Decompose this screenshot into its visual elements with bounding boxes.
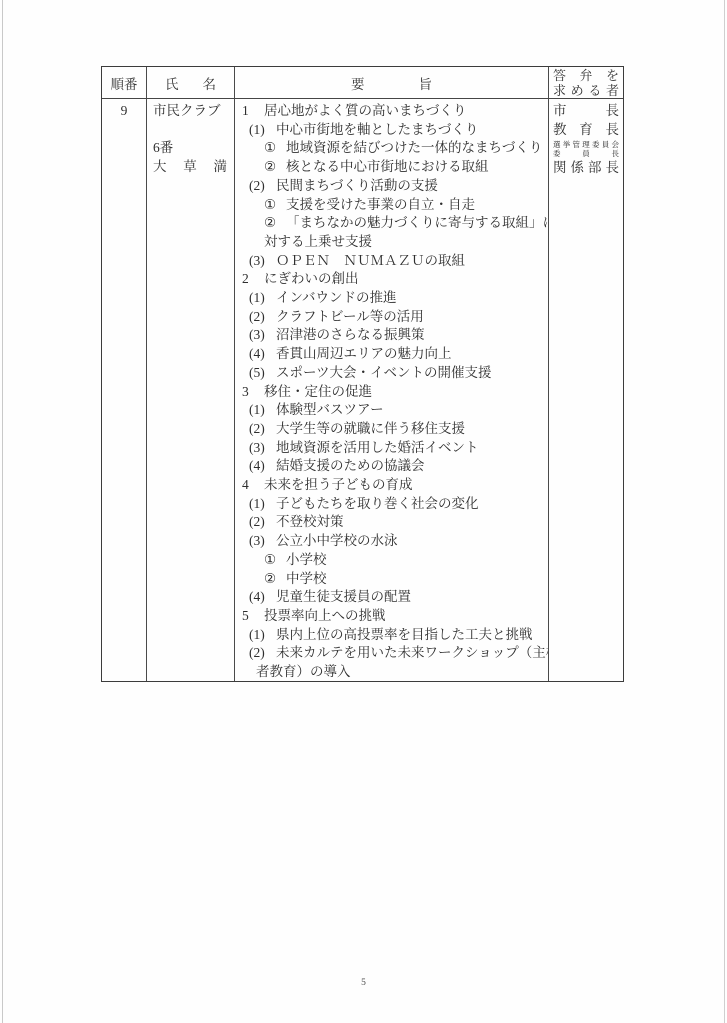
order-number: 9 [102, 102, 146, 121]
name-line [153, 121, 229, 140]
item-text: 沼津港のさらなる振興策 [276, 326, 425, 345]
item-number: (3) [249, 532, 276, 551]
item-text: 小学校 [286, 551, 327, 570]
char: 育 [579, 121, 593, 140]
char: 挙 [563, 140, 571, 149]
item-number: 1 [242, 102, 264, 121]
summary-line: (4)結婚支援のための協議会 [235, 457, 548, 476]
char: 者 [606, 83, 619, 98]
answerer-header-line: 答弁を [553, 68, 619, 83]
char: 部 [588, 159, 602, 178]
char: 答 [553, 68, 566, 83]
char: 委 [553, 149, 561, 158]
char: 満 [214, 158, 228, 177]
item-text: 県内上位の高投票率を目指した工夫と挑戦 [276, 626, 533, 645]
item-text: 大学生等の就職に伴う移住支援 [276, 420, 465, 439]
char: 氏 [165, 73, 179, 93]
summary-line: (4)香貫山周辺エリアの魅力向上 [235, 345, 548, 364]
answerer-entry: 関係部長 [553, 159, 619, 178]
summary-line: ①小学校 [235, 551, 548, 570]
summary-line: (1)県内上位の高投票率を目指した工夫と挑戦 [235, 626, 548, 645]
header-summary: 要旨 [235, 67, 549, 99]
char: 長 [612, 149, 620, 158]
item-number: (2) [249, 308, 276, 327]
answerer-line: 教育長 [553, 121, 619, 140]
char: め [571, 83, 584, 98]
char: 員 [582, 149, 590, 158]
item-text: 未来カルテを用いた未来ワークショップ（主権 [276, 644, 549, 663]
item-text: 児童生徒支援員の配置 [276, 588, 411, 607]
answerer-line: 市長 [553, 102, 619, 121]
name-line: 市民クラブ [153, 102, 229, 121]
header-answerer: 答弁を求める者 [549, 67, 623, 99]
item-text: 核となる中心市街地における取組 [286, 158, 489, 177]
item-number: (5) [249, 364, 276, 383]
item-number: ① [264, 139, 286, 158]
char: 市 [553, 102, 567, 121]
page-number: 5 [0, 978, 727, 988]
char: 求 [553, 83, 566, 98]
char: 弁 [579, 68, 592, 83]
scan-edge-right [724, 0, 725, 1023]
summary-line: (1)中心市街地を軸としたまちづくり [235, 121, 548, 140]
item-text: 体験型バスツアー [276, 401, 384, 420]
char: 員 [602, 140, 610, 149]
summary-line: ②核となる中心市街地における取組 [235, 158, 548, 177]
item-number: (2) [249, 177, 276, 196]
item-text: 移住・定住の促進 [264, 383, 372, 402]
item-number: (3) [249, 252, 276, 271]
summary-line: 4未来を担う子どもの育成 [235, 476, 548, 495]
summary-line: ①支援を受けた事業の自立・自走 [235, 196, 548, 215]
item-number: (2) [249, 420, 276, 439]
item-number: (1) [249, 626, 276, 645]
item-text: 中学校 [286, 570, 327, 589]
answerer-header-line: 求める者 [553, 83, 619, 98]
summary-line: (2)不登校対策 [235, 513, 548, 532]
item-number: (3) [249, 439, 276, 458]
answerer-entry: 教育長 [553, 121, 619, 140]
summary-line: ②「まちなかの魅力づくりに寄与する取組」に [235, 214, 548, 233]
item-text: 地域資源を活用した婚活イベント [276, 439, 479, 458]
summary-line: (1)子どもたちを取り巻く社会の変化 [235, 495, 548, 514]
item-text: 地域資源を結びつけた一体的なまちづくり [286, 139, 542, 158]
item-number: (1) [249, 495, 276, 514]
item-number: (4) [249, 345, 276, 364]
item-text: 不登校対策 [276, 513, 344, 532]
item-text: インバウンドの推進 [276, 289, 397, 308]
answerer-entry: 市長 [553, 102, 619, 121]
summary-line: ②中学校 [235, 570, 548, 589]
char: 長 [606, 102, 620, 121]
item-text: 投票率向上への挑戦 [264, 607, 386, 626]
document-page: 順番 氏名 要旨 答弁を求める者 9 市民クラブ 6番大草満 1居心地がよく質の… [0, 0, 727, 1023]
summary-line: (2)未来カルテを用いた未来ワークショップ（主権 [235, 644, 548, 663]
item-number: (1) [249, 401, 276, 420]
char: 教 [553, 121, 567, 140]
char: 委 [592, 140, 600, 149]
question-summary-table: 順番 氏名 要旨 答弁を求める者 9 市民クラブ 6番大草満 1居心地がよく質の… [101, 66, 624, 682]
item-number: (4) [249, 588, 276, 607]
item-text: 支援を受けた事業の自立・自走 [286, 196, 475, 215]
char: る [588, 83, 601, 98]
char: 名 [203, 73, 217, 93]
order-cell: 9 [102, 99, 147, 681]
item-text: 民間まちづくり活動の支援 [276, 177, 438, 196]
header-name: 氏名 [147, 67, 235, 99]
summary-line: 3移住・定住の促進 [235, 383, 548, 402]
summary-line: (3)沼津港のさらなる振興策 [235, 326, 548, 345]
item-text: スポーツ大会・イベントの開催支援 [276, 364, 491, 383]
item-text: ＯＰＥＮ ＮＵＭＡＺＵの取組 [276, 252, 465, 271]
summary-line: (3)ＯＰＥＮ ＮＵＭＡＺＵの取組 [235, 252, 548, 271]
summary-line: (1)体験型バスツアー [235, 401, 548, 420]
item-number: (1) [249, 289, 276, 308]
char: 管 [573, 140, 581, 149]
name-cell: 市民クラブ 6番大草満 [147, 99, 235, 681]
char: 草 [183, 158, 197, 177]
item-number: ② [264, 570, 286, 589]
char: 大 [153, 158, 167, 177]
char: 長 [606, 121, 620, 140]
summary-cell: 1居心地がよく質の高いまちづくり(1)中心市街地を軸としたまちづくり①地域資源を… [235, 99, 549, 681]
summary-line: 1居心地がよく質の高いまちづくり [235, 102, 548, 121]
item-text: 「まちなかの魅力づくりに寄与する取組」に [286, 214, 549, 233]
item-text: 居心地がよく質の高いまちづくり [264, 102, 466, 121]
summary-line: (5)スポーツ大会・イベントの開催支援 [235, 364, 548, 383]
item-number: (2) [249, 513, 276, 532]
item-text: 香貫山周辺エリアの魅力向上 [276, 345, 452, 364]
item-number: (1) [249, 121, 276, 140]
char: 長 [606, 159, 620, 178]
item-number: 4 [242, 476, 264, 495]
item-number: (2) [249, 644, 276, 663]
item-number: ② [264, 214, 286, 233]
item-number: ① [264, 196, 286, 215]
item-text: 未来を担う子どもの育成 [264, 476, 413, 495]
summary-line: ①地域資源を結びつけた一体的なまちづくり [235, 139, 548, 158]
item-number: ① [264, 551, 286, 570]
summary-line: 者教育）の導入 [235, 663, 548, 681]
summary-line: (2)民間まちづくり活動の支援 [235, 177, 548, 196]
char: を [606, 68, 619, 83]
item-number: 5 [242, 607, 264, 626]
summary-line: (3)地域資源を活用した婚活イベント [235, 439, 548, 458]
answerer-line: 委員長 [553, 149, 619, 158]
summary-line: (4)児童生徒支援員の配置 [235, 588, 548, 607]
scan-edge-left [2, 0, 3, 1023]
char: 関 [553, 159, 567, 178]
char: 旨 [419, 73, 433, 93]
item-text: 結婚支援のための協議会 [276, 457, 425, 476]
summary-line: 対する上乗せ支援 [235, 233, 548, 252]
name-line: 6番 [153, 139, 229, 158]
item-text: 対する上乗せ支援 [264, 233, 372, 252]
char: 要 [351, 73, 365, 93]
item-text: 公立小中学校の水泳 [276, 532, 398, 551]
item-number: (3) [249, 326, 276, 345]
summary-line: 5投票率向上への挑戦 [235, 607, 548, 626]
header-order: 順番 [102, 67, 147, 99]
name-line: 大草満 [153, 158, 229, 177]
item-number: 2 [242, 270, 264, 289]
item-text: 子どもたちを取り巻く社会の変化 [276, 495, 479, 514]
char: 会 [612, 140, 620, 149]
item-number: 3 [242, 383, 264, 402]
item-text: 中心市街地を軸としたまちづくり [276, 121, 478, 140]
item-number: (4) [249, 457, 276, 476]
answerer-line: 関係部長 [553, 159, 619, 178]
summary-line: (2)クラフトビール等の活用 [235, 308, 548, 327]
item-text: にぎわいの創出 [264, 270, 359, 289]
summary-line: 2にぎわいの創出 [235, 270, 548, 289]
item-text: 者教育）の導入 [256, 663, 351, 681]
summary-line: (3)公立小中学校の水泳 [235, 532, 548, 551]
summary-line: (1)インバウンドの推進 [235, 289, 548, 308]
answerer-cell: 市長教育長選挙管理委員会委員長関係部長 [549, 99, 623, 681]
summary-line: (2)大学生等の就職に伴う移住支援 [235, 420, 548, 439]
char: 係 [571, 159, 585, 178]
item-text: クラフトビール等の活用 [276, 308, 424, 327]
answerer-entry: 選挙管理委員会委員長 [553, 139, 619, 159]
item-number: ② [264, 158, 286, 177]
